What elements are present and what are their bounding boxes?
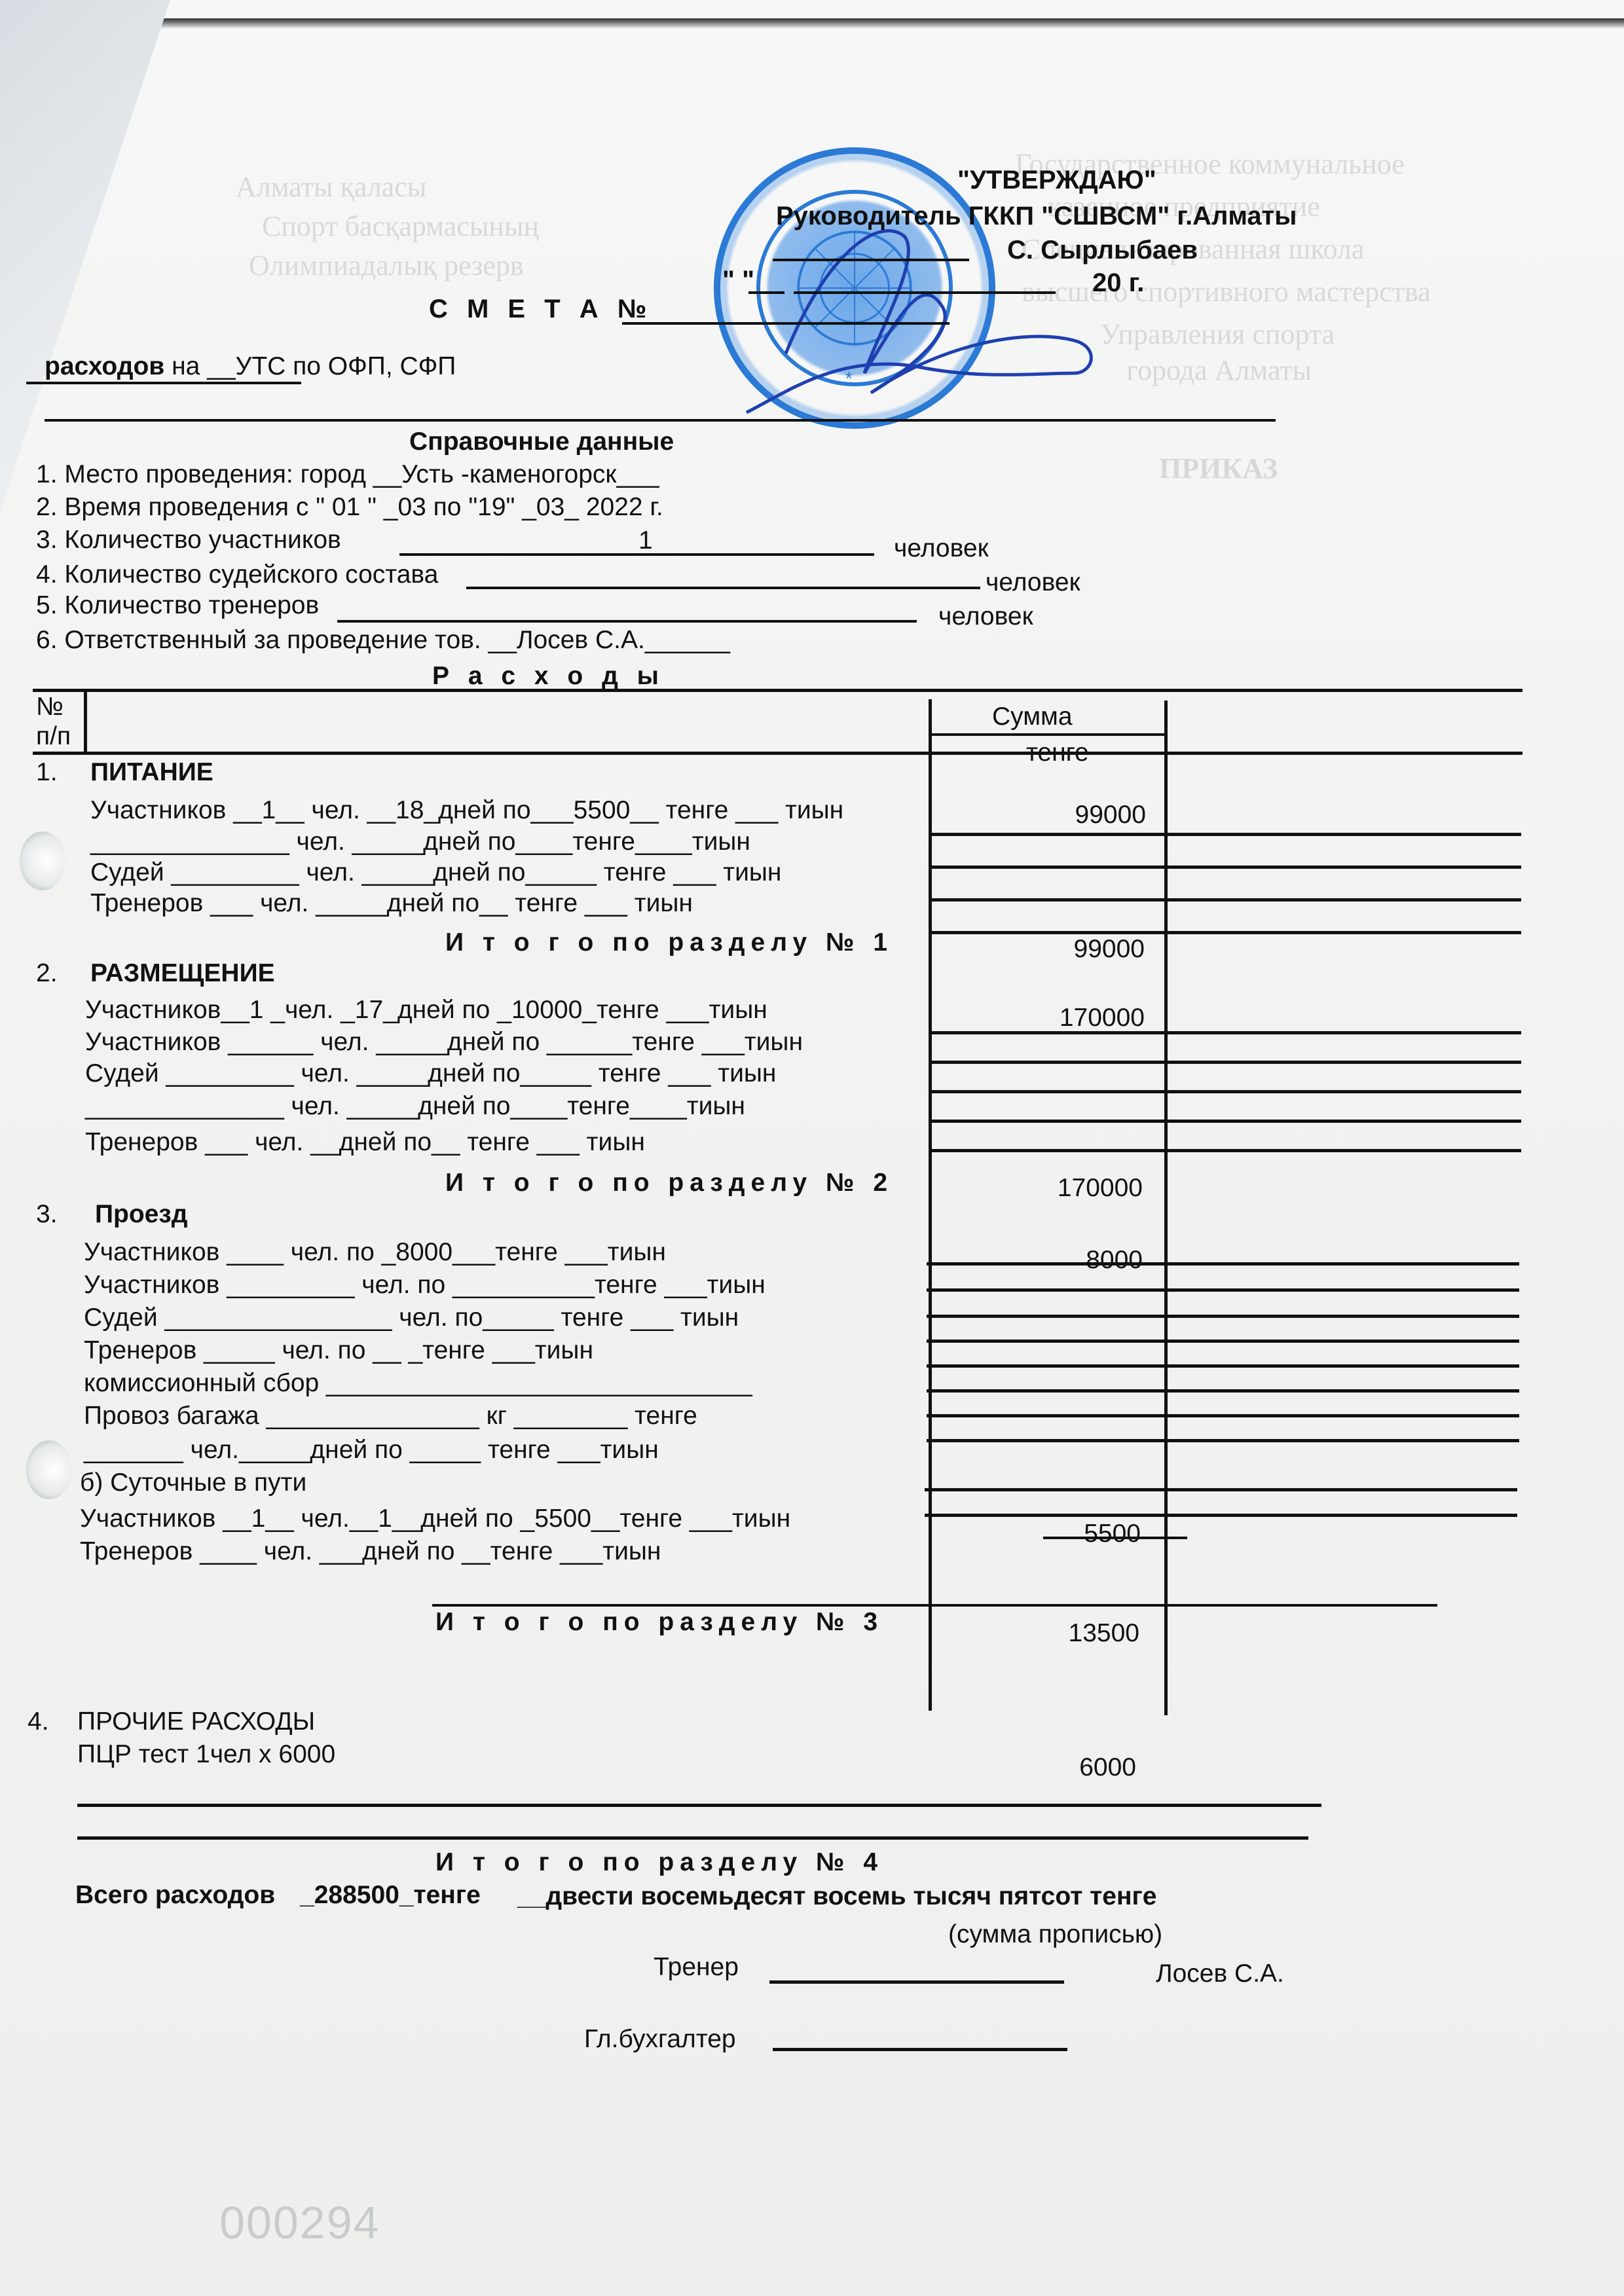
section-3-subsection-amount: 5500 [925,1521,1141,1546]
table-top-border [33,689,1522,692]
reference-item-judges: 4. Количество судейского состава [36,562,438,587]
section-2-row: ______________ чел. _____дней по____тенг… [85,1093,745,1119]
section-1-row: Участников __1__ чел. __18_дней по___550… [90,797,843,823]
serial-number: 000294 [219,2196,380,2249]
section-3-number: 3. [36,1201,58,1227]
signature-line-accountant [773,2048,1067,2051]
sum-column-left-border [929,699,932,1711]
section-4-title: ПРОЧИЕ РАСХОДЫ [77,1709,315,1734]
section-3-row: Участников _________ чел. по __________т… [84,1272,766,1298]
row-line [925,1514,1517,1517]
section-2-title: РАЗМЕЩЕНИЕ [90,960,275,986]
section-3-title: Проезд [95,1201,188,1227]
signature-role-coach: Тренер [654,1954,739,1980]
section-1-title: ПИТАНИЕ [90,759,213,785]
section-1-total-label: И т о г о по разделу № 1 [445,930,893,955]
col-sum-label-2: тенге [1026,740,1089,765]
section-1-row: Тренеров ___ чел. _____дней по__ тенге _… [90,890,693,916]
row-line [929,898,1521,902]
section-2-amount: 170000 [929,1005,1145,1030]
col-num-label-2: п/п [36,723,71,749]
section-2-number: 2. [36,960,58,986]
row-line [927,1339,1519,1343]
section-1-row: Судей _________ чел. _____дней по_____ т… [90,860,781,885]
section-2-total-label: И т о г о по разделу № 2 [445,1170,893,1195]
section-3-row: _______ чел._____дней по _____ тенге ___… [84,1437,659,1463]
approval-position: Руководитель ГККП "СШВСМ" г.Алматы [776,203,1297,229]
section-3-total-line [432,1604,1437,1607]
table-header-bottom [33,752,1522,755]
row-line [927,1364,1519,1368]
section-3-amount: 8000 [927,1247,1143,1273]
section-4-total-label: И т о г о по разделу № 4 [435,1850,883,1875]
row-line [929,866,1521,869]
section-2-row: Тренеров ___ чел. __дней по__ тенге ___ … [85,1129,645,1155]
row-line [929,1031,1521,1034]
reference-item-responsible: 6. Ответственный за проведение тов. __Ло… [36,627,730,653]
scan-top-edge [0,18,1624,29]
estimate-number-line [622,322,950,325]
grand-total-words-caption: (сумма прописью) [948,1922,1162,1947]
row-line [929,931,1521,934]
section-2-row: Участников__1 _чел. _17_дней по _10000_т… [85,997,767,1023]
section-3-row: Тренеров _____ чел. по __ _тенге ___тиын [84,1338,593,1363]
grand-total-words: __двести восемьдесят восемь тысяч пятсот… [517,1884,1156,1909]
reference-item-participants: 3. Количество участников [36,527,341,553]
reference-title: Справочные данные [409,429,674,454]
section-1-row: ______________ чел. _____дней по____тенг… [90,829,750,854]
section-3-total-label: И т о г о по разделу № 3 [435,1609,883,1635]
coaches-unit: человек [938,604,1033,629]
bleed-through-text: Спорт басқармасының [262,210,539,243]
document-page: Государственное коммунальное казенное пр… [0,0,1624,2296]
section-3-subsection-title: б) Суточные в пути [80,1470,306,1495]
subtitle-bold: расходов [45,352,164,380]
signature-name-coach: Лосев С.А. [1156,1961,1284,1986]
row-line [929,833,1521,836]
signature-line-coach [769,1980,1064,1984]
row-line [929,1061,1521,1064]
section-2-total: 170000 [927,1175,1143,1201]
bleed-through-text: Алматы қаласы [236,170,426,204]
col-sum-label-1: Сумма [992,704,1073,729]
approval-signature-line [773,259,969,261]
row-line [927,1414,1519,1417]
coaches-line [337,620,917,623]
estimate-subtitle: расходов на __УТС по ОФП, СФП [45,354,456,379]
sum-header-split [929,733,1166,736]
row-line [925,1488,1517,1491]
section-4-number: 4. [28,1709,49,1734]
approval-title: "УТВЕРЖДАЮ" [957,167,1156,193]
participants-unit: человек [894,536,989,561]
estimate-title: С М Е Т А № [429,296,652,322]
signature-role-accountant: Гл.бухгалтер [584,2026,736,2052]
section-3-row: Участников ____ чел. по _8000___тенге __… [84,1239,666,1265]
subtitle-rule [45,419,1276,422]
participants-value: 1 [638,528,653,553]
grand-total-amount: _288500_тенге [300,1882,481,1908]
section-4-line [77,1836,1308,1840]
reference-item-coaches: 5. Количество тренеров [36,592,319,618]
header-underline [26,382,301,384]
reference-item-place: 1. Место проведения: город __Усть -камен… [36,462,659,487]
approval-day-line [748,291,784,294]
section-1-amount: 99000 [930,802,1146,828]
expenses-title: Р а с х о д ы [432,663,665,689]
row-line [929,1120,1521,1123]
approval-month-line [794,291,1056,294]
bleed-through-text: Олимпиадалық резерв [249,249,524,282]
section-3-total: 13500 [923,1620,1139,1646]
col-num-label-1: № [36,694,64,720]
section-3-row: комиссионный сбор ______________________… [84,1370,752,1396]
punch-hole [20,831,65,890]
approval-year: 20 г. [1092,270,1144,296]
grand-total-label: Всего расходов [75,1882,275,1908]
section-2-row: Участников ______ чел. _____дней по ____… [85,1029,803,1055]
row-line [927,1389,1519,1393]
section-4-line [77,1804,1321,1807]
judges-line [466,587,980,589]
row-line [927,1439,1519,1442]
bleed-through-text: ПРИКАЗ [1159,452,1278,485]
row-line [929,1090,1521,1093]
judges-unit: человек [986,570,1080,595]
section-4-amount: 6000 [920,1755,1136,1780]
row-line [927,1315,1519,1318]
section-3-subsection-row: Тренеров ____ чел. ___дней по __тенге __… [80,1539,661,1564]
approval-date-day: " " [722,267,754,293]
section-4-row: ПЦР тест 1чел х 6000 [77,1741,335,1767]
row-line [929,1149,1521,1152]
punch-hole [26,1440,72,1499]
num-column-divider [84,689,87,754]
section-2-row: Судей _________ чел. _____дней по_____ т… [85,1061,776,1086]
row-line [927,1288,1519,1292]
folded-corner [0,0,170,511]
section-3-row: Судей ________________ чел. по_____ тенг… [84,1305,739,1330]
section-3-row: Провоз багажа _______________ кг _______… [84,1403,697,1429]
participants-line [399,553,874,556]
sum-column-right-border [1164,701,1168,1715]
subtitle-rest: на __УТС по ОФП, СФП [164,352,456,380]
approval-name: С. Сырлыбаев [1007,237,1198,263]
section-3-subsection-row: Участников __1__ чел.__1__дней по _5500_… [80,1506,790,1531]
section-1-total: 99000 [929,936,1145,962]
section-1-number: 1. [36,759,58,785]
reference-item-dates: 2. Время проведения с " 01 " _03 по "19"… [36,494,663,520]
